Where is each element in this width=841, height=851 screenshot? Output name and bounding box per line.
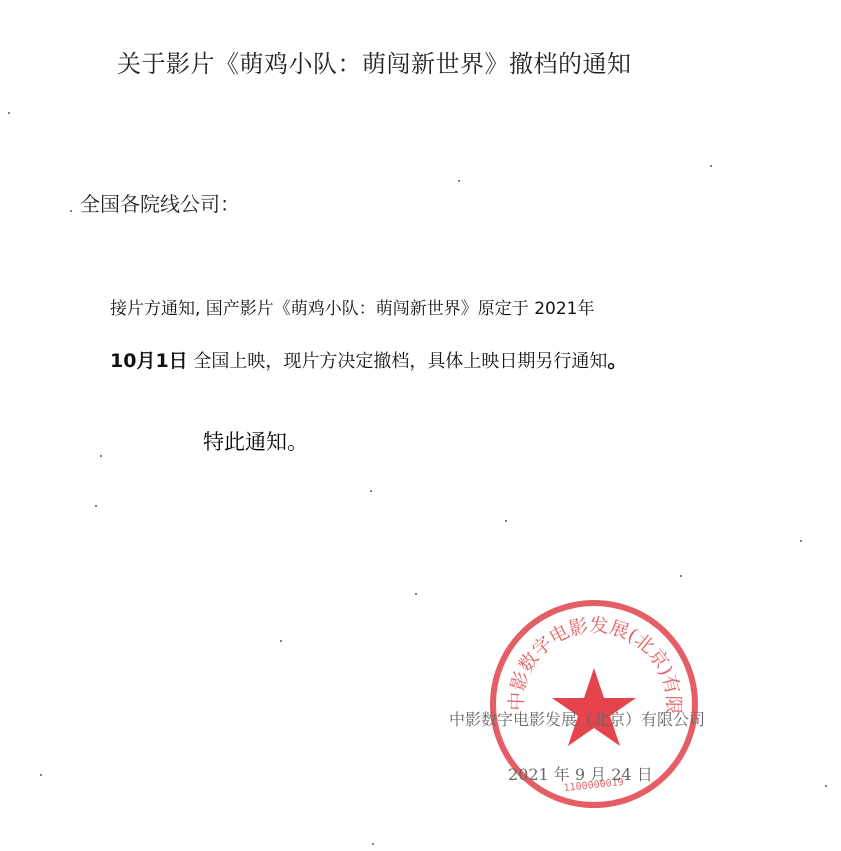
scan-speck <box>8 112 10 114</box>
full-stop: 。 <box>607 348 627 372</box>
closing-remark: 特此通知。 <box>203 426 308 456</box>
document-title: 关于影片《萌鸡小队：萌闯新世界》撤档的通知 <box>117 44 632 79</box>
salutation: 全国各院线公司： <box>80 188 240 217</box>
scan-speck <box>70 210 72 212</box>
scan-speck <box>100 455 102 457</box>
scan-speck <box>40 774 42 776</box>
body-line-2: 10月1日 全国上映，现片方决定撤档，具体上映日期另行通知。 <box>110 344 627 373</box>
scan-speck <box>800 540 802 542</box>
scan-speck <box>680 575 682 577</box>
release-date: 10月1日 <box>110 350 188 372</box>
signature-date: 2021 年 9 月 24 日 <box>508 762 653 785</box>
scan-speck <box>505 520 507 522</box>
scan-speck <box>458 180 460 182</box>
scan-speck <box>95 505 97 507</box>
scan-speck <box>825 785 827 787</box>
body-line-2-text: 全国上映，现片方决定撤档，具体上映日期另行通知 <box>188 351 608 372</box>
scan-speck <box>280 640 282 642</box>
signature-organization: 中影数字电影发展（北京）有限公司 <box>449 707 705 730</box>
scan-speck <box>372 843 374 845</box>
scan-speck <box>415 593 417 595</box>
body-line-1: 接片方通知, 国产影片《萌鸡小队：萌闯新世界》原定于 2021年 <box>110 294 594 319</box>
scan-speck <box>370 490 372 492</box>
scan-speck <box>710 165 712 167</box>
